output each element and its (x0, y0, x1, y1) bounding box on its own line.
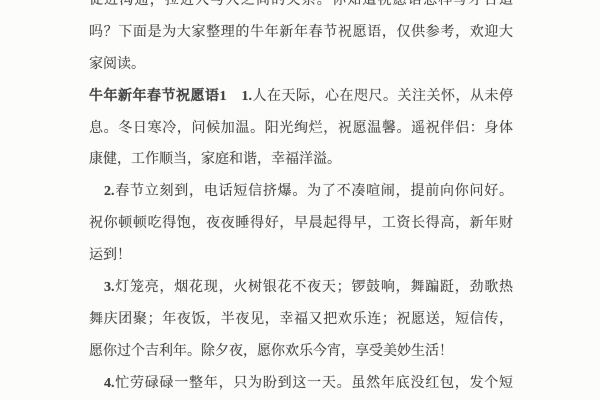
line-text: 康健，工作顺当，家庭和谐，幸福洋溢。 (89, 152, 341, 167)
document-text-body: 促进沟通，拉近人与人之间的关系。你知道祝愿语怎样写才合适 吗？下面是为大家整理的… (89, 0, 513, 400)
text-line: 祝你顿顿吃得饱，夜夜睡得好，早晨起得早，工资长得高，新年财 (89, 208, 513, 240)
line-bold-prefix: 牛年新年春节祝愿语1 1. (89, 89, 252, 104)
text-line: 吗？下面是为大家整理的牛年新年春节祝愿语，仅供参考，欢迎大 (89, 17, 513, 49)
text-line: 促进沟通，拉近人与人之间的关系。你知道祝愿语怎样写才合适 (89, 0, 513, 17)
line-text: 舞庆团聚；年夜饭，半夜见，幸福又把欢乐连；祝愿送，短信传， (89, 312, 513, 327)
line-text: 促进沟通，拉近人与人之间的关系。你知道祝愿语怎样写才合适 (89, 0, 513, 8)
text-line: 愿你过个吉利年。除夕夜，愿你欢乐今宵，享受美妙生活！ (89, 336, 513, 368)
text-line: 息。冬日寒冷，问候加温。阳光绚烂，祝愿温馨。遥祝伴侣：身体 (89, 113, 513, 145)
line-text: 祝你顿顿吃得饱，夜夜睡得好，早晨起得早，工资长得高，新年财 (89, 216, 513, 231)
line-bold-prefix: 2. (104, 184, 115, 199)
line-text: 愿你过个吉利年。除夕夜，愿你欢乐今宵，享受美妙生活！ (89, 344, 453, 359)
line-text: 春节立刻到，电话短信挤爆。为了不凑喧闹，提前向你问好。 (115, 184, 514, 199)
line-text: 灯笼亮，烟花现，火树银花不夜天；锣鼓响，舞蹁跹，劲歌热 (115, 280, 514, 295)
line-text: 运到！ (89, 248, 131, 263)
line-text: 家阅读。 (89, 57, 145, 72)
line-bold-prefix: 3. (104, 280, 115, 295)
text-line: 康健，工作顺当，家庭和谐，幸福洋溢。 (89, 144, 513, 176)
text-line: 运到！ (89, 240, 513, 272)
text-line: 舞庆团聚；年夜饭，半夜见，幸福又把欢乐连；祝愿送，短信传， (89, 304, 513, 336)
text-line: 3.灯笼亮，烟花现，火树银花不夜天；锣鼓响，舞蹁跹，劲歌热 (89, 272, 513, 304)
line-text: 吗？下面是为大家整理的牛年新年春节祝愿语，仅供参考，欢迎大 (89, 25, 513, 40)
line-bold-prefix: 4. (104, 376, 115, 391)
text-line: 2.春节立刻到，电话短信挤爆。为了不凑喧闹，提前向你问好。 (89, 176, 513, 208)
text-line: 牛年新年春节祝愿语1 1.人在天际，心在咫尺。关注关怀，从未停 (89, 81, 513, 113)
text-line: 4.忙劳碌碌一整年，只为盼到这一天。虽然年底没红包，发个短 (89, 368, 513, 400)
document-page: 促进沟通，拉近人与人之间的关系。你知道祝愿语怎样写才合适 吗？下面是为大家整理的… (0, 0, 600, 400)
line-text: 息。冬日寒冷，问候加温。阳光绚烂，祝愿温馨。遥祝伴侣：身体 (89, 121, 513, 136)
line-text: 人在天际，心在咫尺。关注关怀，从未停 (252, 89, 513, 104)
line-text: 忙劳碌碌一整年，只为盼到这一天。虽然年底没红包，发个短 (115, 376, 514, 391)
text-line: 家阅读。 (89, 49, 513, 81)
